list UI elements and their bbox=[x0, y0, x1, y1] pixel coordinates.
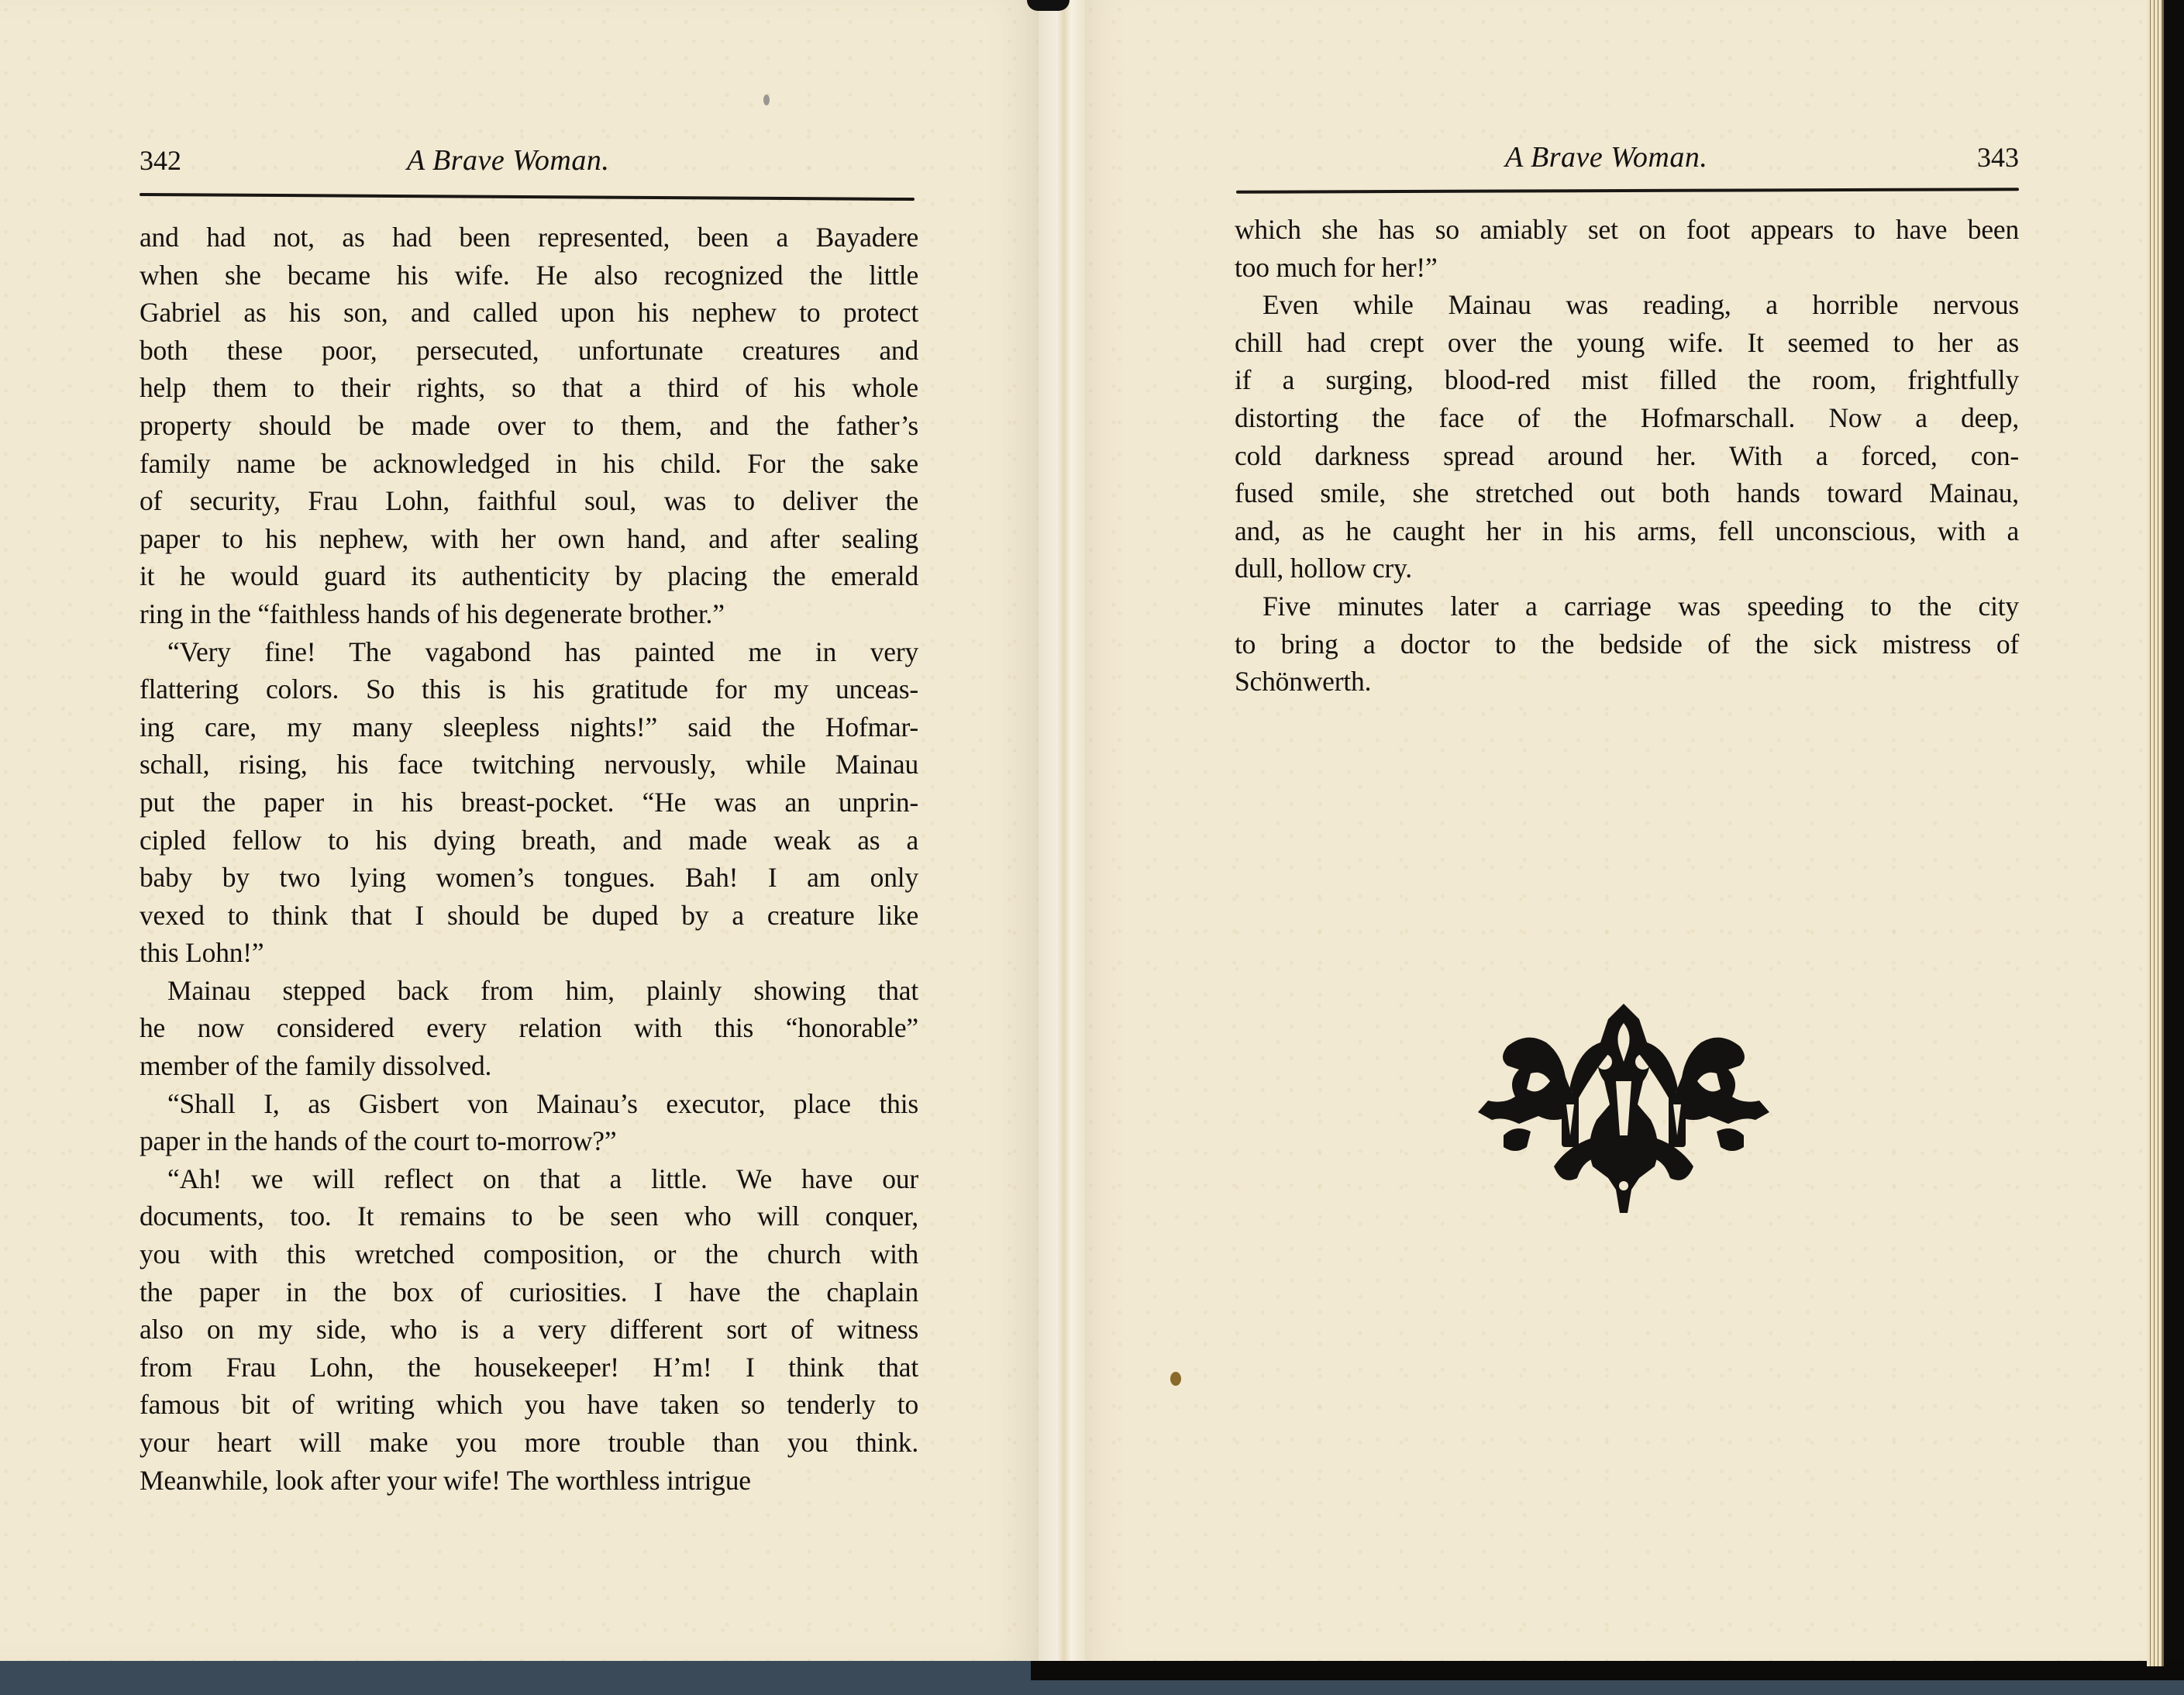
header-rule-right bbox=[1236, 188, 2019, 194]
paragraph: which she has so amiably set on foot app… bbox=[1235, 211, 2019, 286]
text-line: Meanwhile, look after your wife! The wor… bbox=[140, 1462, 918, 1500]
text-line: Gabriel as his son, and called upon his … bbox=[140, 294, 918, 332]
left-page: 342 A Brave Woman. and had not, as had b… bbox=[0, 0, 1054, 1661]
text-line: Schönwerth. bbox=[1235, 663, 2019, 701]
text-line: you with this wretched composition, or t… bbox=[140, 1235, 918, 1273]
text-line: vexed to think that I should be duped by… bbox=[140, 897, 918, 935]
paragraph: “Very fine! The vagabond has painted me … bbox=[140, 633, 918, 972]
running-title-left: A Brave Woman. bbox=[407, 141, 609, 180]
paragraph: “Shall I, as Gisbert von Mainau’s execut… bbox=[140, 1085, 918, 1160]
text-line: this Lohn!” bbox=[140, 934, 918, 972]
book-spine-gutter bbox=[1039, 0, 1085, 1661]
page-edges bbox=[2147, 0, 2164, 1666]
right-body-text: which she has so amiably set on foot app… bbox=[1235, 211, 2019, 701]
text-line: the paper in the box of curiosities. I h… bbox=[140, 1273, 918, 1311]
text-line: paper to his nephew, with her own hand, … bbox=[140, 520, 918, 558]
text-line: flattering colors. So this is his gratit… bbox=[140, 670, 918, 708]
text-line: member of the family dissolved. bbox=[140, 1047, 918, 1085]
paper-stain bbox=[1170, 1372, 1181, 1386]
text-line: ring in the “faithless hands of his dege… bbox=[140, 595, 918, 633]
text-line: of security, Frau Lohn, faithful soul, w… bbox=[140, 482, 918, 520]
text-line: distorting the face of the Hofmarschall.… bbox=[1235, 399, 2019, 437]
paragraph: Mainau stepped back from him, plainly sh… bbox=[140, 972, 918, 1085]
text-line: Five minutes later a carriage was speedi… bbox=[1235, 587, 2019, 625]
text-line: and, as he caught her in his arms, fell … bbox=[1235, 512, 2019, 550]
text-line: “Very fine! The vagabond has painted me … bbox=[140, 633, 918, 671]
text-line: put the paper in his breast-pocket. “He … bbox=[140, 784, 918, 822]
text-line: if a surging, blood-red mist filled the … bbox=[1235, 361, 2019, 399]
paragraph: Even while Mainau was reading, a horribl… bbox=[1235, 286, 2019, 587]
paragraph: “Ah! we will reflect on that a little. W… bbox=[140, 1160, 918, 1499]
book-cover-edge bbox=[2162, 0, 2184, 1680]
text-line: also on my side, who is a very different… bbox=[140, 1311, 918, 1349]
text-line: to bring a doctor to the bedside of the … bbox=[1235, 625, 2019, 663]
text-line: schall, rising, his face twitching nervo… bbox=[140, 746, 918, 784]
text-line: help them to their rights, so that a thi… bbox=[140, 369, 918, 407]
text-line: chill had crept over the young wife. It … bbox=[1235, 324, 2019, 362]
text-line: famous bit of writing which you have tak… bbox=[140, 1386, 918, 1424]
page-number-right: 343 bbox=[1977, 138, 2019, 177]
text-line: fused smile, she stretched out both hand… bbox=[1235, 474, 2019, 512]
left-body-text: and had not, as had been represented, be… bbox=[140, 219, 918, 1499]
text-line: Even while Mainau was reading, a horribl… bbox=[1235, 286, 2019, 324]
text-line: and had not, as had been represented, be… bbox=[140, 219, 918, 257]
running-title-right: A Brave Woman. bbox=[1505, 138, 1707, 177]
paper-mark bbox=[763, 95, 770, 105]
text-line: cipled fellow to his dying breath, and m… bbox=[140, 822, 918, 860]
headband bbox=[1027, 0, 1070, 11]
paragraph: Five minutes later a carriage was speedi… bbox=[1235, 587, 2019, 701]
right-page: A Brave Woman. 343 which she has so amia… bbox=[1085, 0, 2162, 1661]
text-line: dull, hollow cry. bbox=[1235, 549, 2019, 587]
text-line: family name be acknowledged in his child… bbox=[140, 445, 918, 483]
text-line: Mainau stepped back from him, plainly sh… bbox=[140, 972, 918, 1010]
text-line: cold darkness spread around her. With a … bbox=[1235, 437, 2019, 475]
paragraph: and had not, as had been represented, be… bbox=[140, 219, 918, 633]
text-line: “Shall I, as Gisbert von Mainau’s execut… bbox=[140, 1085, 918, 1123]
text-line: both these poor, persecuted, unfortunate… bbox=[140, 332, 918, 370]
header-rule-left bbox=[140, 193, 915, 201]
text-line: ing care, my many sleepless nights!” sai… bbox=[140, 708, 918, 746]
text-line: paper in the hands of the court to-morro… bbox=[140, 1122, 918, 1160]
text-line: baby by two lying women’s tongues. Bah! … bbox=[140, 859, 918, 897]
right-running-head: A Brave Woman. 343 bbox=[1232, 138, 2019, 177]
text-line: documents, too. It remains to be seen wh… bbox=[140, 1197, 918, 1235]
left-running-head: 342 A Brave Woman. bbox=[140, 141, 918, 180]
text-line: he now considered every relation with th… bbox=[140, 1009, 918, 1047]
text-line: too much for her!” bbox=[1235, 249, 2019, 287]
text-line: from Frau Lohn, the housekeeper! H’m! I … bbox=[140, 1349, 918, 1387]
page-number-left: 342 bbox=[140, 141, 181, 180]
text-line: when she became his wife. He also recogn… bbox=[140, 257, 918, 295]
text-line: it he would guard its authenticity by pl… bbox=[140, 557, 918, 595]
text-line: which she has so amiably set on foot app… bbox=[1235, 211, 2019, 249]
text-line: “Ah! we will reflect on that a little. W… bbox=[140, 1160, 918, 1198]
book-cover-bottom bbox=[1031, 1659, 2184, 1680]
text-line: your heart will make you more trouble th… bbox=[140, 1424, 918, 1462]
text-line: property should be made over to them, an… bbox=[140, 407, 918, 445]
winged-horses-ornament-icon bbox=[1461, 988, 1786, 1221]
